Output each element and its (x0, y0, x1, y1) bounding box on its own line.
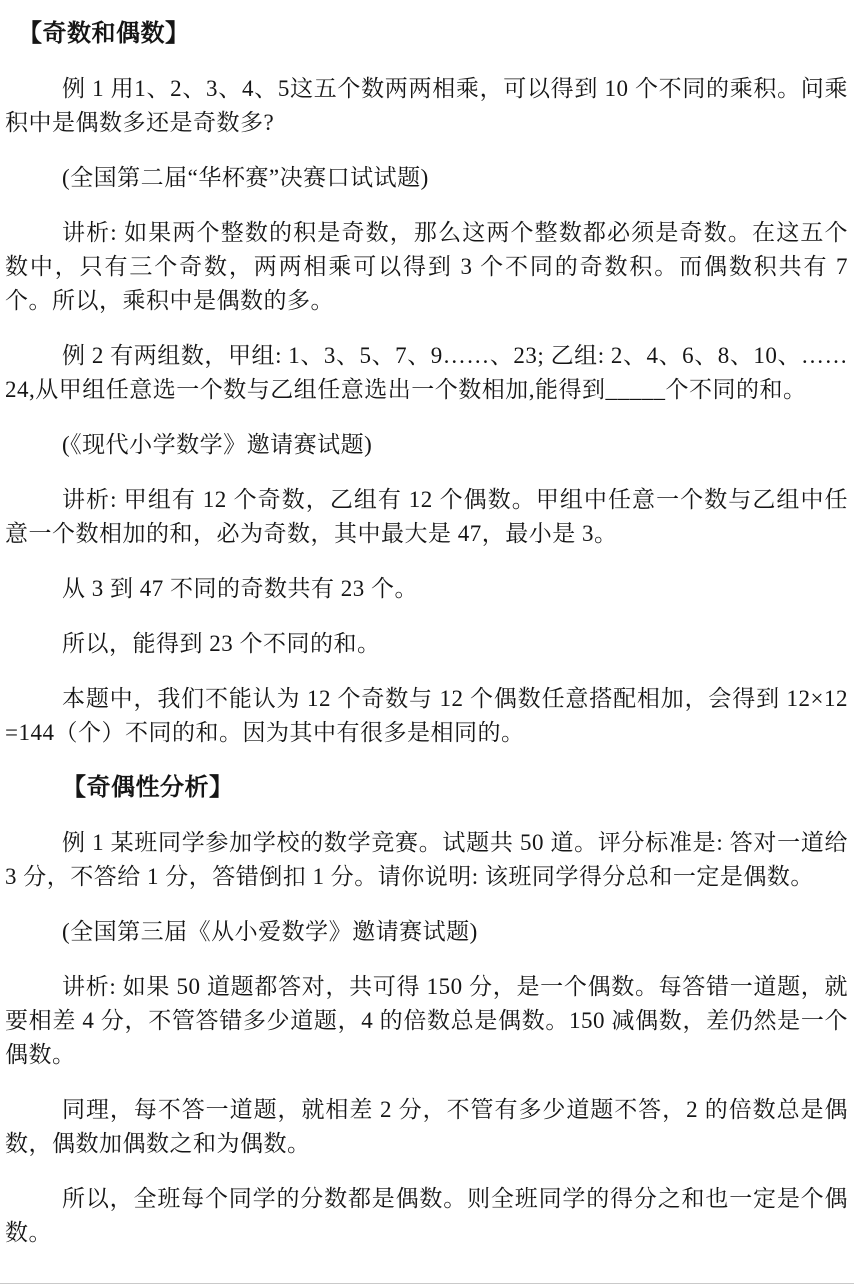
para-parity-example1-analysis: 讲析: 如果 50 道题都答对，共可得 150 分，是一个偶数。每答错一道题，就… (5, 970, 848, 1072)
para-example1-analysis: 讲析: 如果两个整数的积是奇数，那么这两个整数都必须是奇数。在这五个数中，只有三… (5, 216, 848, 318)
para-example2-conclusion: 所以，能得到 23 个不同的和。 (5, 627, 848, 661)
citation-example1-source: (全国第二届“华杯赛”决赛口试试题) (5, 161, 848, 195)
para-example2-odd-count: 从 3 到 47 不同的奇数共有 23 个。 (5, 572, 848, 606)
section-heading-odd-and-even: 【奇数和偶数】 (5, 17, 848, 51)
citation-parity-example1-source: (全国第三届《从小爱数学》邀请赛试题) (5, 915, 848, 949)
para-example1-problem: 例 1 用1、2、3、4、5这五个数两两相乘，可以得到 10 个不同的乘积。问乘… (5, 72, 848, 140)
para-example2-analysis: 讲析: 甲组有 12 个奇数，乙组有 12 个偶数。甲组中任意一个数与乙组中任意… (5, 483, 848, 551)
section-heading-parity-analysis: 【奇偶性分析】 (5, 771, 848, 805)
para-parity-example1-conclusion: 所以，全班每个同学的分数都是偶数。则全班同学的得分之和也一定是个偶数。 (5, 1182, 848, 1250)
para-parity-example1-analysis-continued: 同理，每不答一道题，就相差 2 分，不管有多少道题不答，2 的倍数总是偶数，偶数… (5, 1093, 848, 1161)
para-parity-example1-problem: 例 1 某班同学参加学校的数学竞赛。试题共 50 道。评分标准是: 答对一道给 … (5, 826, 848, 894)
document-page: 【奇数和偶数】 例 1 用1、2、3、4、5这五个数两两相乘，可以得到 10 个… (0, 0, 854, 1284)
para-example2-problem: 例 2 有两组数，甲组: 1、3、5、7、9……、23; 乙组: 2、4、6、8… (5, 339, 848, 407)
para-example2-note: 本题中，我们不能认为 12 个奇数与 12 个偶数任意搭配相加，会得到 12×1… (5, 682, 848, 750)
citation-example2-source: (《现代小学数学》邀请赛试题) (5, 428, 848, 462)
